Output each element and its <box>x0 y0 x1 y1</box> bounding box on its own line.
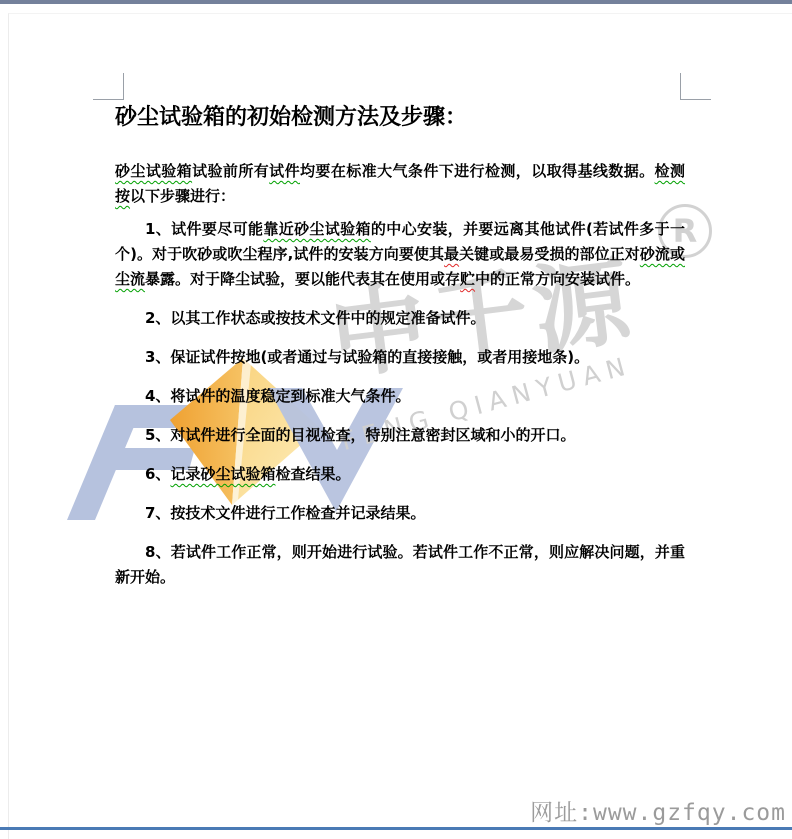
bottom-divider <box>0 827 792 830</box>
spellcheck-green-squiggle: 记录砂尘试验箱 <box>170 465 275 483</box>
text-run: 检查结果。 <box>275 465 350 483</box>
spellcheck-red-squiggle: 最 <box>444 245 459 263</box>
paragraph: 8、若试件工作正常，则开始进行试验。若试件工作不正常，则应解决问题，并重新开始。 <box>115 540 685 590</box>
footer-website-url: 网址:www.gzfqy.com <box>530 794 786 827</box>
document-page[interactable]: 砂尘试验箱的初始检测方法及步骤： 砂尘试验箱试验前所有试件均要在标准大气条件下进… <box>115 105 685 604</box>
paragraph: 1、试件要尽可能靠近砂尘试验箱的中心安装，并要远离其他试件(若试件多于一个)。对… <box>115 217 685 292</box>
text-run: 3、保证试件按地(或者通过与试验箱的直接接触，或者用接地条)。 <box>145 348 589 366</box>
text-run: 中的正常方向安装试件。 <box>475 270 640 288</box>
text-run: 以下步骤进行： <box>130 187 235 205</box>
paragraph: 4、将试件的温度稳定到标准大气条件。 <box>115 384 685 409</box>
paragraph: 5、对试件进行全面的目视检查，特别注意密封区域和小的开口。 <box>115 423 685 448</box>
text-run: 4、将试件的温度稳定到标准大气条件。 <box>145 387 410 405</box>
text-run: 5、对试件进行全面的目视检查，特别注意密封区域和小的开口。 <box>145 426 575 444</box>
window-top-edge <box>0 0 792 4</box>
text-run: 7、按技术文件进行工作检查并记录结果。 <box>145 504 425 522</box>
margin-mark-top-left <box>93 73 124 100</box>
spellcheck-green-squiggle: 砂尘试验箱 <box>115 162 192 180</box>
spellcheck-green-squiggle: 试件 <box>269 162 300 180</box>
page-title: 砂尘试验箱的初始检测方法及步骤： <box>115 105 685 131</box>
spellcheck-red-squiggle: 贮 <box>460 270 475 288</box>
paragraph: 7、按技术文件进行工作检查并记录结果。 <box>115 501 685 526</box>
margin-mark-top-right <box>680 73 711 100</box>
text-run: 均要在标准大气条件下进行检测，以取得基线数据。 <box>300 162 655 180</box>
text-run: 试验前所有 <box>192 162 269 180</box>
text-run: 1、试件要尽可能 <box>145 220 263 238</box>
document-body: 砂尘试验箱试验前所有试件均要在标准大气条件下进行检测，以取得基线数据。检测按以下… <box>115 159 685 590</box>
text-run: 8、若试件工作正常，则开始进行试验。若试件工作不正常，则应解决问题，并重新开始。 <box>115 543 685 586</box>
text-run: 2、以其工作状态或按技术文件中的规定准备试件。 <box>145 309 485 327</box>
text-run: 关键或最易受损的部位正对 <box>459 245 640 263</box>
paragraph: 砂尘试验箱试验前所有试件均要在标准大气条件下进行检测，以取得基线数据。检测按以下… <box>115 159 685 209</box>
paragraph: 3、保证试件按地(或者通过与试验箱的直接接触，或者用接地条)。 <box>115 345 685 370</box>
paragraph: 2、以其工作状态或按技术文件中的规定准备试件。 <box>115 306 685 331</box>
text-run: 6、 <box>145 465 170 483</box>
paragraph: 6、记录砂尘试验箱检查结果。 <box>115 462 685 487</box>
spellcheck-green-squiggle: 靠近砂尘试验箱 <box>263 220 371 238</box>
text-run: 暴露。对于降尘试验，要以能代表其在使用或存 <box>145 270 460 288</box>
